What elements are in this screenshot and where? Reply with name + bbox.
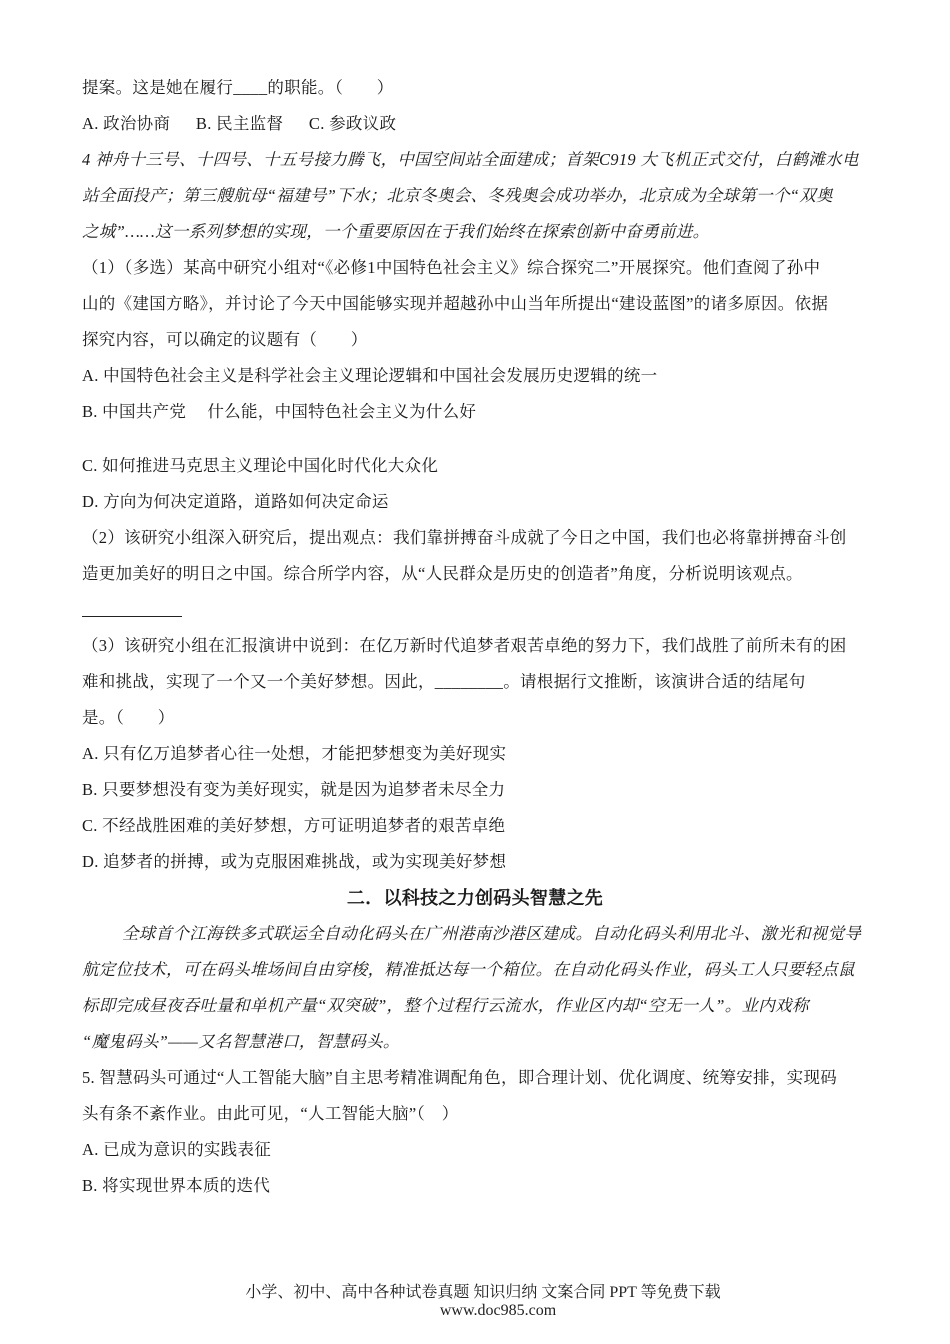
question-4-2-stem-line: （2）该研究小组深入研究后，提出观点：我们靠拼搏奋斗成就了今日之中国，我们也必将…: [82, 520, 868, 556]
question-4-stem-line: 之城”……这一系列梦想的实现，一个重要原因在于我们始终在探索创新中奋勇前进。: [82, 214, 868, 250]
footer-site-link[interactable]: www.doc985.com: [440, 1302, 556, 1319]
section-2-intro-line: “魔鬼码头”——又名智慧港口，智慧码头。: [82, 1024, 868, 1060]
question-4-3-stem-line: （3）该研究小组在汇报演讲中说到：在亿万新时代追梦者艰苦卓绝的努力下，我们战胜了…: [82, 628, 868, 664]
question-4-3-option-a: A. 只有亿万追梦者心往一处想，才能把梦想变为美好现实: [82, 736, 868, 772]
question-4-2-stem-line: 造更加美好的明日之中国。综合所学内容，从“人民群众是历史的创造者”角度，分析说明…: [82, 556, 868, 592]
question-4-stem-line: 4 神舟十三号、十四号、十五号接力腾飞，中国空间站全面建成；首架C919 大飞机…: [82, 142, 868, 178]
question-4-1-option-b: B. 中国共产党 什么能，中国特色社会主义为什么好: [82, 394, 868, 430]
answer-blank-row: [82, 592, 868, 628]
section-2-heading: 二．以科技之力创码头智慧之先: [82, 880, 868, 916]
section-2-intro-line: 标即完成昼夜吞吐量和单机产量“双突破”，整个过程行云流水，作业区内却“空无一人”…: [82, 988, 868, 1024]
question-4-1-stem-line: 山的《建国方略》，并讨论了今天中国能够实现并超越孙中山当年所提出“建设蓝图”的诸…: [82, 286, 868, 322]
question-4-3-option-b: B. 只要梦想没有变为美好现实，就是因为追梦者未尽全力: [82, 772, 868, 808]
question-5-stem-line: 头有条不紊作业。由此可见，“人工智能大脑”（ ）: [82, 1096, 868, 1132]
exam-paper-page: 提案。这是她在履行____的职能。（ ） A. 政治协商 B. 民主监督 C. …: [0, 0, 950, 1344]
page-footer: 小学、初中、高中各种试卷真题 知识归纳 文案合同 PPT 等免费下载 www.d…: [0, 1261, 950, 1338]
question-5-option-b: B. 将实现世界本质的迭代: [82, 1168, 868, 1204]
question-4-1-option-a: A. 中国特色社会主义是科学社会主义理论逻辑和中国社会发展历史逻辑的统一: [82, 358, 868, 394]
question-5-stem-line: 5. 智慧码头可通过“人工智能大脑”自主思考精准调配角色，即合理计划、优化调度、…: [82, 1060, 868, 1096]
question-4-1-option-c: C. 如何推进马克思主义理论中国化时代化大众化: [82, 448, 868, 484]
footer-text: 小学、初中、高中各种试卷真题 知识归纳 文案合同 PPT 等免费下载: [245, 1284, 720, 1301]
question-4-1-stem-line: 探究内容，可以确定的议题有（ ）: [82, 322, 868, 358]
question-4-3-stem-line: 是。（ ）: [82, 700, 868, 736]
question-3-stem-continuation: 提案。这是她在履行____的职能。（ ）: [82, 70, 868, 106]
answer-blank-line: [82, 592, 182, 617]
question-4-1-option-d: D. 方向为何决定道路，道路如何决定命运: [82, 484, 868, 520]
blank-gap: [82, 430, 868, 448]
page-content: 提案。这是她在履行____的职能。（ ） A. 政治协商 B. 民主监督 C. …: [82, 0, 868, 1204]
question-4-3-option-d: D. 追梦者的拼搏，或为克服困难挑战，或为实现美好梦想: [82, 844, 868, 880]
section-2-intro-line: 航定位技术，可在码头堆场间自由穿梭，精准抵达每一个箱位。在自动化码头作业，码头工…: [82, 952, 868, 988]
question-3-options-row: A. 政治协商 B. 民主监督 C. 参政议政: [82, 106, 868, 142]
question-4-3-option-c: C. 不经战胜困难的美好梦想，方可证明追梦者的艰苦卓绝: [82, 808, 868, 844]
question-4-3-stem-line: 难和挑战，实现了一个又一个美好梦想。因此，________。请根据行文推断，该演…: [82, 664, 868, 700]
question-4-stem-line: 站全面投产；第三艘航母“福建号”下水；北京冬奥会、冬残奥会成功举办，北京成为全球…: [82, 178, 868, 214]
section-2-intro-line: 全球首个江海铁多式联运全自动化码头在广州港南沙港区建成。自动化码头利用北斗、激光…: [82, 916, 868, 952]
question-4-1-stem-line: （1）（多选）某高中研究小组对“《必修1中国特色社会主义》综合探究二”开展探究。…: [82, 250, 868, 286]
question-5-option-a: A. 已成为意识的实践表征: [82, 1132, 868, 1168]
